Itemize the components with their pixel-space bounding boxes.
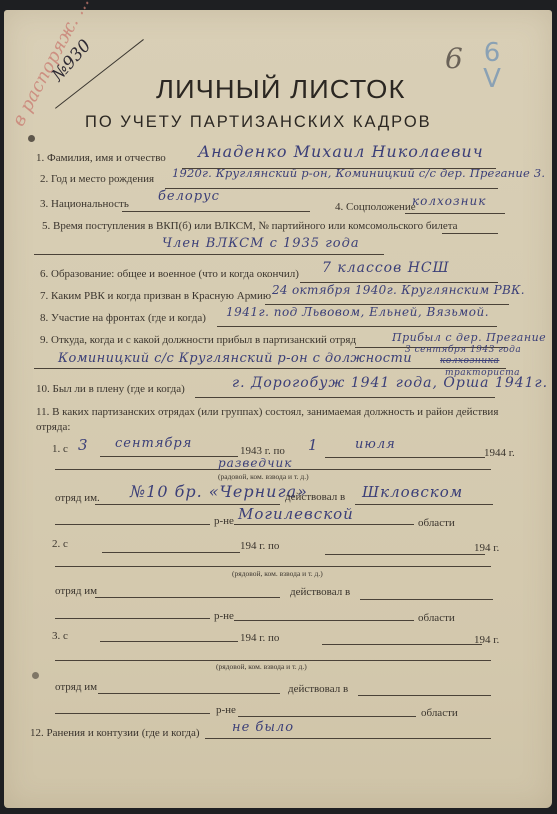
field-3-label: 3. Национальность bbox=[40, 198, 129, 210]
entry-3-acted-label: действовал в bbox=[288, 683, 348, 695]
entry-3-position-hint: (рядовой, ком. взвода и т. д.) bbox=[216, 662, 307, 671]
entry-1-region: Могилевской bbox=[238, 505, 354, 523]
field-2-value: 1920г. Круглянский р-он, Коминицкий с/с … bbox=[172, 166, 545, 180]
field-1-value: Анаденко Михаил Николаевич bbox=[198, 142, 484, 161]
entry-1-district: Шкловском bbox=[362, 483, 463, 501]
field-4-value: колхозник bbox=[412, 194, 486, 208]
entry-2-district-label: р-не bbox=[214, 610, 234, 622]
entry-2-region-label: области bbox=[418, 612, 455, 624]
field-6-label: 6. Образование: общее и военное (что и к… bbox=[40, 268, 299, 280]
entry-1-detachment: №10 бр. «Чернига» bbox=[130, 482, 308, 501]
entry-3-detachment-label: отряд им bbox=[55, 681, 97, 693]
entry-1-to-month: июля bbox=[355, 437, 396, 452]
entry-3-district-label: р-не bbox=[216, 704, 236, 716]
entry-1-to-day: 1 bbox=[308, 436, 319, 454]
entry-1-acted-label: действовал в bbox=[285, 491, 345, 503]
field-12-value: не было bbox=[232, 720, 294, 735]
entry-2-num: 2. с bbox=[52, 538, 68, 550]
field-4-label: 4. Соцположение bbox=[335, 201, 416, 213]
entry-3-to-year: 194 г. bbox=[474, 634, 499, 646]
field-3-value: белорус bbox=[158, 189, 220, 204]
entry-1-to-year: 1944 г. bbox=[484, 447, 515, 459]
field-8-value: 1941г. под Львовом, Ельней, Вязьмой. bbox=[226, 305, 489, 319]
field-5-label: 5. Время поступления в ВКП(б) или ВЛКСМ,… bbox=[42, 220, 458, 232]
entry-1-num: 1. с bbox=[52, 443, 68, 455]
field-2-label: 2. Год и место рождения bbox=[40, 173, 154, 185]
entry-2-detachment-label: отряд им bbox=[55, 585, 97, 597]
entry-3-num: 3. с bbox=[52, 630, 68, 642]
entry-3-region-label: области bbox=[421, 707, 458, 719]
entry-2-to-year: 194 г. bbox=[474, 542, 499, 554]
field-9-value-line1: Прибыл с дер. Прегание bbox=[392, 331, 546, 344]
entry-1-position: разведчик bbox=[218, 456, 292, 470]
entry-1-from-day: 3 bbox=[78, 436, 89, 454]
field-1-label: 1. Фамилия, имя и отчество bbox=[36, 152, 166, 164]
field-10-label: 10. Был ли в плену (где и когда) bbox=[36, 383, 185, 395]
page-title: ЛИЧНЫЙ ЛИСТОК bbox=[156, 74, 405, 105]
field-9-struck-text: колхозника bbox=[440, 356, 499, 366]
punch-hole bbox=[28, 135, 35, 142]
entry-1-region-label: области bbox=[418, 517, 455, 529]
field-9-label: 9. Откуда, когда и с какой должности при… bbox=[40, 334, 356, 346]
entry-2-from-year: 194 г. по bbox=[240, 540, 279, 552]
field-5-value: Член ВЛКСМ с 1935 года bbox=[162, 236, 360, 251]
field-9-date-insert: 3 сентября 1943 года bbox=[405, 345, 521, 355]
corner-blue-mark: 6 V bbox=[480, 40, 504, 92]
page-subtitle: ПО УЧЕТУ ПАРТИЗАНСКИХ КАДРОВ bbox=[85, 113, 432, 132]
entry-1-position-hint: (радовой, ком. взвода и т. д.) bbox=[218, 472, 309, 481]
entry-1-from-month: сентября bbox=[115, 436, 192, 451]
punch-hole bbox=[32, 672, 39, 679]
entry-1-district-label: р-не bbox=[214, 515, 234, 527]
entry-2-position-hint: (рядовой, ком. взвода и т. д.) bbox=[232, 569, 323, 578]
field-8-label: 8. Участие на фронтах (где и когда) bbox=[40, 312, 206, 324]
field-6-value: 7 классов НСШ bbox=[322, 260, 450, 276]
field-7-label: 7. Каким РВК и когда призван в Красную А… bbox=[40, 290, 271, 302]
entry-3-from-year: 194 г. по bbox=[240, 632, 279, 644]
entry-1-detachment-label: отряд им. bbox=[55, 492, 100, 504]
entry-2-acted-label: действовал в bbox=[290, 586, 350, 598]
field-7-value: 24 октября 1940г. Круглянским РВК. bbox=[272, 283, 525, 297]
field-9-value-line2: Коминицкий с/с Круглянский р-он с должно… bbox=[58, 351, 412, 366]
field-10-value: г. Дорогобуж 1941 года, Орша 1941г. bbox=[232, 375, 548, 391]
field-12-label: 12. Ранения и контузии (где и когда) bbox=[30, 727, 200, 739]
field-11-label: 11. В каких партизанских отрядах (или гр… bbox=[36, 405, 506, 435]
corner-pencil-mark: 6 bbox=[445, 42, 463, 75]
